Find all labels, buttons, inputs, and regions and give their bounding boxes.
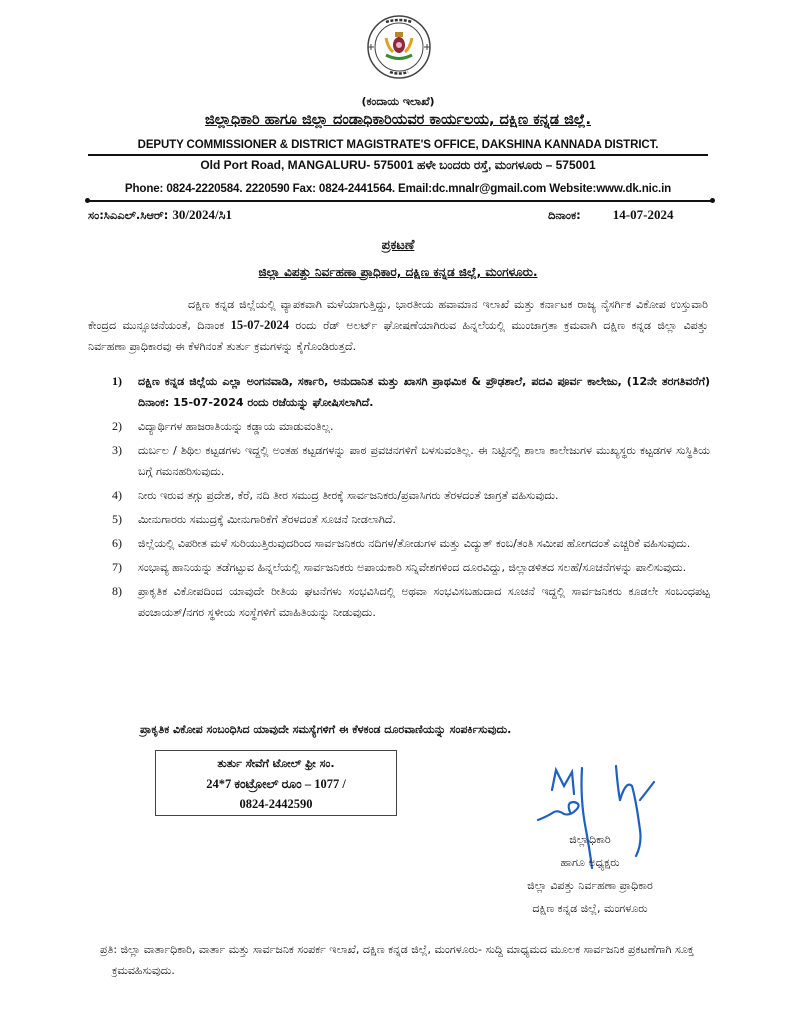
helpline-title: ತುರ್ತು ಸೇವೆಗೆ ಟೋಲ್ ಫ್ರೀ ಸಂ. (156, 754, 396, 774)
date-value: 14-07-2024 (613, 207, 674, 222)
government-notice-page: (ಕಂದಾಯ ಇಲಾಖೆ) ಜಿಲ್ಲಾಧಿಕಾರಿ ಹಾಗೂ ಜಿಲ್ಲಾ ದ… (0, 0, 796, 1024)
list-item: 3)ದುರ್ಬಲ / ಶಿಥಿಲ ಕಟ್ಟಡಗಳು ಇದ್ದಲ್ಲಿ ಅಂತಹ … (112, 440, 710, 482)
reference-number: ಸಂ:ಸಿಎಎಲ್.ಸಿಆರ್: 30/2024/ಸಿ1 (88, 207, 232, 223)
list-item: 6)ಜಿಲ್ಲೆಯಲ್ಲಿ ವಿಪರೀತ ಮಳೆ ಸುರಿಯುತ್ತಿರುವುದ… (112, 533, 710, 554)
header-divider (88, 154, 708, 156)
notice-title: ಪ್ರಕಟಣೆ (0, 238, 796, 253)
office-address: Old Port Road, MANGALURU- 575001 ಹಳೇ ಬಂದ… (0, 158, 796, 173)
notice-date: ದಿನಾಂಕ: 14-07-2024 (548, 207, 673, 223)
notice-subtitle: ಜಿಲ್ಲಾ ವಿಪತ್ತು ನಿರ್ವಹಣಾ ಪ್ರಾಧಿಕಾರ, ದಕ್ಷಿ… (0, 265, 796, 280)
karnataka-emblem-icon (366, 14, 432, 80)
header-divider-bottom (88, 200, 712, 202)
office-name-kannada: ಜಿಲ್ಲಾಧಿಕಾರಿ ಹಾಗೂ ಜಿಲ್ಲಾ ದಂಡಾಧಿಕಾರಿಯವರ ಕ… (0, 112, 796, 128)
helpline-control-room: 24*7 ಕಂಟ್ರೋಲ್ ರೂಂ – 1077 / (156, 774, 396, 794)
contact-instruction: ಪ್ರಾಕೃತಿಕ ವಿಕೋಪ ಸಂಬಂಧಿಸಿದ ಯಾವುದೇ ಸಮಸ್ಯೆಗ… (140, 723, 511, 737)
list-item: 2)ವಿದ್ಯಾರ್ಥಿಗಳ ಹಾಜರಾತಿಯನ್ನು ಕಡ್ಡಾಯ ಮಾಡುವ… (112, 416, 710, 437)
helpline-phone: 0824-2442590 (156, 794, 396, 814)
signatory-role: ಹಾಗೂ ಅಧ್ಯಕ್ಷರು (470, 851, 710, 874)
date-label: ದಿನಾಂಕ: (548, 208, 581, 222)
office-contact: Phone: 0824-2220584. 2220590 Fax: 0824-2… (0, 182, 796, 195)
notice-intro: ದಕ್ಷಿಣ ಕನ್ನಡ ಜಿಲ್ಲೆಯಲ್ಲಿ ವ್ಯಾಪಕವಾಗಿ ಮಳೆಯ… (88, 294, 708, 357)
measures-list: 1)ದಕ್ಷಿಣ ಕನ್ನಡ ಜಿಲ್ಲೆಯ ಎಲ್ಲಾ ಅಂಗನವಾಡಿ, ಸ… (112, 371, 710, 626)
list-item: 1)ದಕ್ಷಿಣ ಕನ್ನಡ ಜಿಲ್ಲೆಯ ಎಲ್ಲಾ ಅಂಗನವಾಡಿ, ಸ… (112, 371, 710, 413)
list-item: 5)ಮೀನುಗಾರರು ಸಮುದ್ರಕ್ಕೆ ಮೀನುಗಾರಿಕೆಗೆ ತೆರಳ… (112, 509, 710, 530)
signatory-title: ಜಿಲ್ಲಾಧಿಕಾರಿ (470, 828, 710, 851)
list-item: 8)ಪ್ರಾಕೃತಿಕ ವಿಕೋಪದಿಂದ ಯಾವುದೇ ರೀತಿಯ ಘಟನೆಗ… (112, 581, 710, 623)
signatory-authority: ಜಿಲ್ಲಾ ವಿಪತ್ತು ನಿರ್ವಹಣಾ ಪ್ರಾಧಿಕಾರ (470, 874, 710, 897)
copy-to-note: ಪ್ರತಿ: ಜಿಲ್ಲಾ ವಾರ್ತಾಧಿಕಾರಿ, ವಾರ್ತಾ ಮತ್ತು… (100, 939, 722, 981)
office-name-english: DEPUTY COMMISSIONER & DISTRICT MAGISTRAT… (0, 139, 796, 151)
helpline-box: ತುರ್ತು ಸೇವೆಗೆ ಟೋಲ್ ಫ್ರೀ ಸಂ. 24*7 ಕಂಟ್ರೋಲ… (155, 750, 397, 816)
reference-value: 30/2024/ಸಿ1 (172, 207, 232, 222)
reference-label: ಸಂ:ಸಿಎಎಲ್.ಸಿಆರ್: (88, 208, 168, 222)
department-label: (ಕಂದಾಯ ಇಲಾಖೆ) (0, 95, 796, 109)
signatory-location: ದಕ್ಷಿಣ ಕನ್ನಡ ಜಿಲ್ಲೆ, ಮಂಗಳೂರು (470, 897, 710, 920)
list-item: 4)ನೀರು ಇರುವ ತಗ್ಗು ಪ್ರದೇಶ, ಕೆರೆ, ನದಿ ತೀರ … (112, 485, 710, 506)
list-item: 7)ಸಂಭಾವ್ಯ ಹಾನಿಯನ್ನು ತಡೆಗಟ್ಟುವ ಹಿನ್ನಲೆಯಲ್… (112, 557, 710, 578)
red-alert-date: 15-07-2024 (231, 318, 289, 332)
